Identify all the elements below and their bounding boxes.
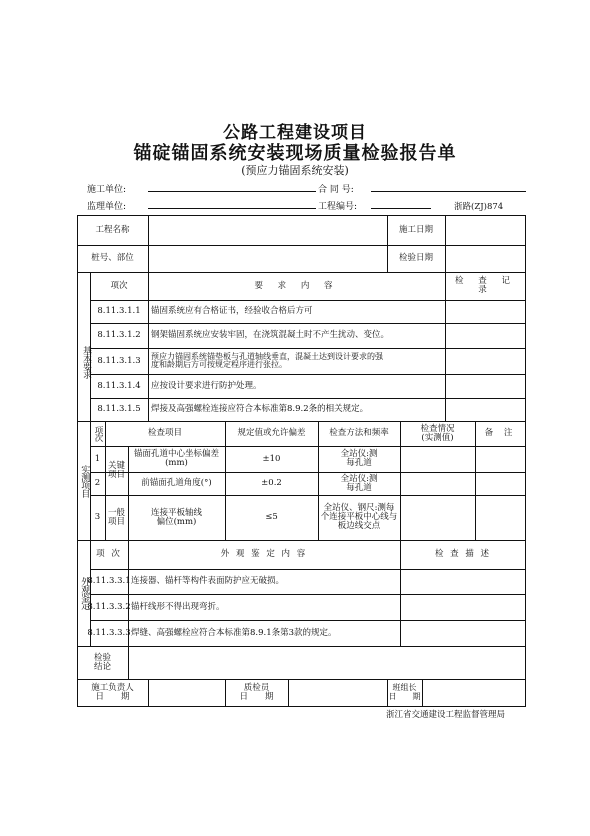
basic-row-record-field[interactable] [445, 348, 526, 374]
project-name-label: 工程名称 [77, 215, 148, 245]
basic-row-content: 锚固系统应有合格证书，经验收合格后方可 [148, 300, 445, 323]
measured-row-item: 前锚面孔道角度(°) [128, 472, 225, 495]
appearance-row-code: 8.11.3.3.2 [90, 594, 128, 620]
appearance-row-code: 8.11.3.3.1 [90, 569, 128, 594]
appearance-col-item: 项 次 [90, 540, 128, 569]
appearance-col-desc: 检 查 描 述 [400, 540, 526, 569]
quality-inspector-date-label: 日 期 [239, 693, 273, 702]
construction-lead-signature-field[interactable] [148, 679, 225, 707]
contract-no-field[interactable] [371, 191, 526, 192]
measured-row-item: 连接平板轴线偏位(mm) [128, 495, 225, 540]
construction-unit-label: 施工单位: [87, 182, 126, 195]
measured-row-remark-field[interactable] [475, 446, 526, 472]
project-no-field[interactable] [371, 208, 431, 209]
team-leader-signature-field[interactable] [422, 679, 526, 707]
basic-row-code: 8.11.3.1.5 [90, 398, 148, 421]
basic-row-code: 8.11.3.1.2 [90, 323, 148, 348]
conclusion-label: 检验结论 [77, 646, 128, 679]
project-name-field[interactable] [148, 215, 387, 245]
basic-row-code: 8.11.3.1.1 [90, 300, 148, 323]
appearance-row-content: 连接器、锚杆等构件表面防护应无破损。 [128, 569, 400, 594]
measured-row-no: 2 [90, 472, 105, 495]
measured-row-spec: ≤5 [225, 495, 318, 540]
inspection-date-field[interactable] [445, 245, 526, 272]
basic-row-content: 钢架锚固系统应安装牢固，在浇筑混凝土时不产生扰动、变位。 [148, 323, 445, 348]
construction-date-label: 施工日期 [387, 215, 445, 245]
project-no-label: 工程编号: [318, 199, 357, 212]
construction-date-field[interactable] [445, 215, 526, 245]
basic-col-record: 检 查 记 录 [445, 272, 526, 300]
measured-row-no: 1 [90, 446, 105, 472]
inspection-date-label: 检验日期 [387, 245, 445, 272]
appearance-row-desc-field[interactable] [400, 594, 526, 620]
measured-row-method: 全站仪、钢尺:测每个连接平板中心线与板边线交点 [318, 495, 400, 540]
appearance-row-desc-field[interactable] [400, 620, 526, 646]
measured-row-spec: ±0.2 [225, 472, 318, 495]
basic-row-record-field[interactable] [445, 398, 526, 421]
appearance-row-content: 焊缝、高强螺栓应符合本标准第8.9.1条第3款的规定。 [128, 620, 400, 646]
subtitle: (预应力锚固系统安装) [0, 162, 590, 178]
basic-col-item: 项次 [90, 272, 148, 300]
basic-row-content: 预应力锚固系统锚垫板与孔道轴线垂直，混凝土达到设计要求的强度和龄期后方可按规定程… [148, 348, 445, 374]
supervision-unit-field[interactable] [148, 208, 316, 209]
measured-items-section-label: 实测项目 [77, 421, 90, 540]
contract-no-label: 合 同 号: [318, 182, 354, 195]
measured-row-result-field[interactable] [400, 446, 475, 472]
basic-requirements-section-label: 基本要求 [77, 272, 90, 421]
measured-col-remark: 备 注 [475, 421, 526, 446]
measured-row-result-field[interactable] [400, 472, 475, 495]
basic-row-content: 焊接及高强螺栓连接应符合本标准第8.9.2条的相关规定。 [148, 398, 445, 421]
supervision-unit-label: 监理单位: [87, 199, 126, 212]
team-leader-date-label: 日 期 [389, 693, 421, 702]
measured-row-method: 全站仪:测每孔道 [318, 446, 400, 472]
appearance-row-desc-field[interactable] [400, 569, 526, 594]
station-part-field[interactable] [148, 245, 387, 272]
form-code: 浙路(ZJ)874 [454, 200, 503, 212]
basic-row-code: 8.11.3.1.4 [90, 374, 148, 398]
basic-row-content: 应按设计要求进行防护处理。 [148, 374, 445, 398]
basic-col-content: 要 求 内 容 [148, 272, 445, 300]
measured-row-method: 全站仪:测每孔道 [318, 472, 400, 495]
key-items-group-label: 关键项目 [105, 446, 128, 495]
general-items-group-label: 一般项目 [105, 495, 128, 540]
appearance-col-content: 外 观 鉴 定 内 容 [128, 540, 400, 569]
measured-col-no: 项次 [90, 421, 105, 446]
basic-row-code: 8.11.3.1.3 [90, 348, 148, 374]
conclusion-field[interactable] [128, 646, 526, 679]
appearance-row-content: 锚杆线形不得出现弯折。 [128, 594, 400, 620]
construction-lead-date-label: 日 期 [95, 693, 129, 702]
measured-col-method: 检查方法和频率 [318, 421, 400, 446]
construction-unit-field[interactable] [148, 191, 316, 192]
basic-row-record-field[interactable] [445, 300, 526, 323]
station-part-label: 桩号、部位 [77, 245, 148, 272]
measured-row-item: 锚面孔道中心坐标偏差(mm) [128, 446, 225, 472]
measured-row-spec: ±10 [225, 446, 318, 472]
measured-row-remark-field[interactable] [475, 495, 526, 540]
measured-col-spec: 规定值或允许偏差 [225, 421, 318, 446]
issuer-label: 浙江省交通建设工程监督管理局 [386, 708, 505, 720]
appearance-row-code: 8.11.3.3.3 [90, 620, 128, 646]
measured-row-no: 3 [90, 495, 105, 540]
measured-row-result-field[interactable] [400, 495, 475, 540]
basic-row-record-field[interactable] [445, 323, 526, 348]
measured-row-remark-field[interactable] [475, 472, 526, 495]
basic-row-record-field[interactable] [445, 374, 526, 398]
quality-inspector-signature-field[interactable] [288, 679, 387, 707]
measured-col-result: 检查情况(实测值) [400, 421, 475, 446]
measured-col-item: 检查项目 [105, 421, 225, 446]
